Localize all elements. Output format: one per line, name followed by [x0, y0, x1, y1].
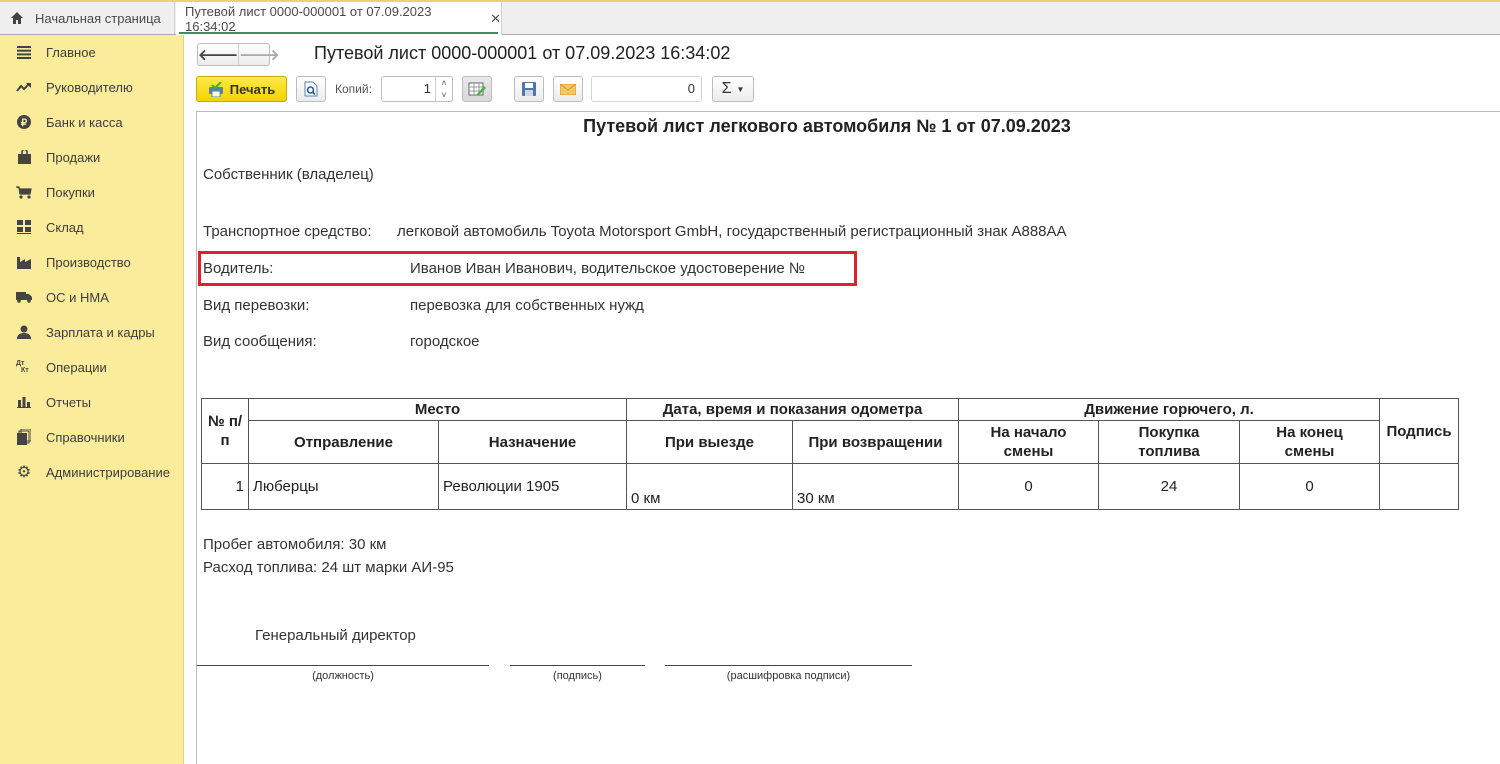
sidebar-item-purchases[interactable]: Покупки	[0, 177, 184, 207]
sidebar-item-operations[interactable]: ДтКт Операции	[0, 352, 184, 382]
sidebar-item-bank[interactable]: ₽ Банк и касса	[0, 107, 184, 137]
header-destination: Назначение	[439, 421, 627, 464]
header-num: № п/п	[202, 399, 249, 464]
position-caption: (должность)	[197, 670, 489, 682]
fuel-usage-text: Расход топлива: 24 шт марки АИ-95	[203, 559, 454, 576]
waybill-document: Путевой лист легкового автомобиля № 1 от…	[196, 111, 1500, 764]
send-email-button[interactable]	[553, 76, 583, 102]
bar-chart-icon	[16, 394, 32, 410]
gear-icon: ⚙	[16, 464, 32, 480]
mileage-text: Пробег автомобиля: 30 км	[203, 536, 386, 553]
header-on-exit: При выезде	[627, 421, 793, 464]
sigma-icon: Σ	[722, 80, 732, 98]
owner-label: Собственник (владелец)	[203, 166, 374, 183]
sidebar-item-label: Справочники	[46, 430, 125, 445]
sidebar-item-label: Производство	[46, 255, 131, 270]
signature-line	[510, 665, 645, 666]
sidebar-item-salary[interactable]: Зарплата и кадры	[0, 317, 184, 347]
save-icon	[522, 82, 536, 96]
signer-position: Генеральный директор	[255, 627, 416, 644]
tab-home[interactable]: Начальная страница	[0, 2, 175, 34]
sidebar-item-label: Администрирование	[46, 465, 170, 480]
trend-icon	[16, 79, 32, 95]
edit-table-icon	[468, 82, 486, 97]
printer-icon	[208, 82, 224, 97]
truck-icon	[16, 289, 32, 305]
vehicle-value: легковой автомобиль Toyota Motorsport Gm…	[397, 223, 1067, 240]
transport-type-value: перевозка для собственных нужд	[410, 297, 644, 314]
sidebar-item-label: Банк и касса	[46, 115, 123, 130]
copies-input[interactable]: 1	[382, 77, 435, 101]
page-title: Путевой лист 0000-000001 от 07.09.2023 1…	[314, 43, 730, 64]
edit-mode-button[interactable]	[462, 76, 492, 102]
sidebar-item-label: Склад	[46, 220, 84, 235]
menu-lines-icon	[16, 44, 32, 60]
sidebar-item-assets[interactable]: ОС и НМА	[0, 282, 184, 312]
print-button-label: Печать	[230, 82, 275, 97]
tab-waybill-label: Путевой лист 0000-000001 от 07.09.2023 1…	[185, 4, 483, 34]
factory-icon	[16, 254, 32, 270]
ruble-icon: ₽	[16, 114, 32, 130]
books-icon	[16, 429, 32, 445]
person-icon	[16, 324, 32, 340]
close-icon[interactable]: ✕	[490, 11, 501, 27]
driver-value: Иванов Иван Иванович, водительское удост…	[410, 260, 805, 277]
sidebar-item-main[interactable]: Главное	[0, 37, 184, 67]
sidebar-item-label: Отчеты	[46, 395, 91, 410]
cell-departure: Люберцы	[249, 464, 439, 510]
preview-button[interactable]	[296, 76, 326, 102]
cell-on-return: 30 км	[793, 464, 959, 510]
driver-label: Водитель:	[203, 260, 273, 277]
sidebar-item-reports[interactable]: Отчеты	[0, 387, 184, 417]
tab-home-label: Начальная страница	[35, 11, 161, 26]
header-fuel-purchase: Покупка топлива	[1099, 421, 1240, 464]
sum-dropdown-button[interactable]: Σ ▼	[712, 76, 754, 102]
route-table: № п/п Место Дата, время и показания одом…	[201, 398, 1459, 510]
cart-icon	[16, 184, 32, 200]
cell-signature	[1380, 464, 1459, 510]
table-row: 1 Люберцы Революции 1905 0 км 30 км 0 24…	[202, 464, 1459, 510]
envelope-icon	[560, 84, 576, 95]
header-odometer: Дата, время и показания одометра	[627, 399, 959, 421]
preview-icon	[304, 81, 318, 97]
copies-stepper[interactable]: 1 ˄ ˅	[381, 76, 453, 102]
decoding-line	[665, 665, 912, 666]
tab-bar: Начальная страница Путевой лист 0000-000…	[0, 0, 1500, 35]
cell-num: 1	[202, 464, 249, 510]
sidebar-item-label: ОС и НМА	[46, 290, 109, 305]
sidebar-item-label: Покупки	[46, 185, 95, 200]
debit-credit-icon: ДтКт	[16, 359, 32, 375]
spin-up-icon[interactable]: ˄	[436, 77, 452, 89]
home-icon	[10, 11, 24, 25]
navigation-buttons: 🡐 🡒	[197, 43, 270, 66]
cell-on-exit: 0 км	[627, 464, 793, 510]
svg-text:₽: ₽	[21, 118, 28, 129]
sidebar-item-administration[interactable]: ⚙ Администрирование	[0, 457, 184, 487]
chevron-down-icon: ▼	[736, 85, 744, 94]
header-fuel: Движение горючего, л.	[959, 399, 1380, 421]
sidebar-item-label: Руководителю	[46, 80, 133, 95]
header-signature: Подпись	[1380, 399, 1459, 464]
sidebar-item-label: Операции	[46, 360, 107, 375]
copies-label: Копий:	[335, 82, 372, 96]
cell-fuel-start: 0	[959, 464, 1099, 510]
header-fuel-end: На конец смены	[1240, 421, 1380, 464]
cell-fuel-purchase: 24	[1099, 464, 1240, 510]
arrow-right-icon[interactable]: 🡒	[239, 44, 279, 65]
decoding-caption: (расшифровка подписи)	[665, 670, 912, 682]
sidebar: Главное Руководителю ₽ Банк и касса Прод…	[0, 35, 184, 764]
communication-type-label: Вид сообщения:	[203, 333, 317, 350]
document-heading: Путевой лист легкового автомобиля № 1 от…	[197, 116, 1457, 137]
shopping-bag-icon	[16, 149, 32, 165]
warehouse-grid-icon	[16, 219, 32, 235]
sidebar-item-manager[interactable]: Руководителю	[0, 72, 184, 102]
sidebar-item-label: Зарплата и кадры	[46, 325, 155, 340]
sidebar-item-sales[interactable]: Продажи	[0, 142, 184, 172]
transport-type-label: Вид перевозки:	[203, 297, 309, 314]
sidebar-item-label: Главное	[46, 45, 96, 60]
cell-destination: Революции 1905	[439, 464, 627, 510]
arrow-left-icon[interactable]: 🡐	[198, 44, 239, 65]
position-line	[197, 665, 489, 666]
sidebar-item-references[interactable]: Справочники	[0, 422, 184, 452]
header-place: Место	[249, 399, 627, 421]
sidebar-item-production[interactable]: Производство	[0, 247, 184, 277]
signature-caption: (подпись)	[510, 670, 645, 682]
cell-fuel-end: 0	[1240, 464, 1380, 510]
toolbar: Печать Копий: 1 ˄ ˅	[196, 76, 796, 102]
tab-waybill[interactable]: Путевой лист 0000-000001 от 07.09.2023 1…	[176, 2, 502, 35]
vehicle-label: Транспортное средство:	[203, 223, 372, 240]
print-button[interactable]: Печать	[196, 76, 287, 102]
save-button[interactable]	[514, 76, 544, 102]
header-on-return: При возвращении	[793, 421, 959, 464]
copies-spinner[interactable]: ˄ ˅	[435, 77, 452, 101]
sidebar-item-warehouse[interactable]: Склад	[0, 212, 184, 242]
sidebar-item-label: Продажи	[46, 150, 100, 165]
header-fuel-start: На начало смены	[959, 421, 1099, 464]
spin-down-icon[interactable]: ˅	[436, 89, 452, 101]
communication-type-value: городское	[410, 333, 480, 350]
header-departure: Отправление	[249, 421, 439, 464]
sum-field[interactable]: 0	[591, 76, 702, 102]
